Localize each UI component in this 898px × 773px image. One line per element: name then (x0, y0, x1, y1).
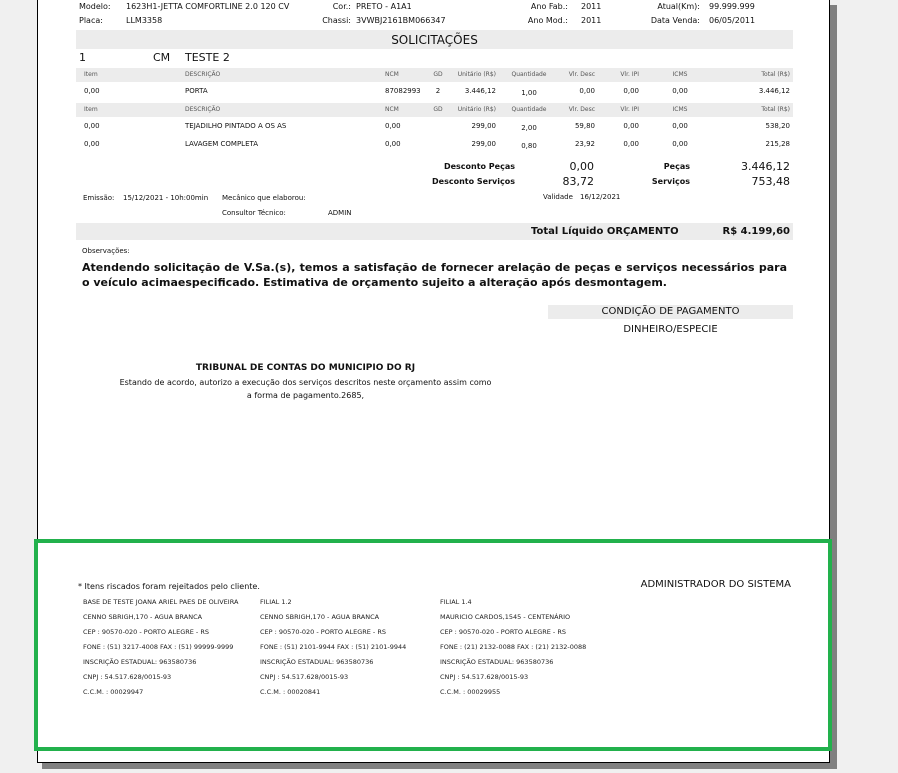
modelo-label: Modelo: (79, 2, 111, 11)
table-cell-desc-val: 59,80 (559, 122, 595, 130)
agreement-line-2: a forma de pagamento.2685, (68, 391, 543, 400)
column-header: NCM (385, 71, 425, 78)
table-cell-total: 215,28 (728, 140, 790, 148)
ano-fab-value: 2011 (581, 2, 601, 11)
table-cell-desc: TEJADILHO PINTADO A OS AS (185, 122, 365, 130)
payment-label: CONDIÇÃO DE PAGAMENTO (548, 306, 793, 317)
column-header: Item (84, 106, 124, 113)
consultor-value: ADMIN (328, 209, 352, 217)
total-label: Total Líquido ORÇAMENTO (531, 226, 679, 237)
client-name: TRIBUNAL DE CONTAS DO MUNICIPIO DO RJ (68, 363, 543, 373)
table-cell-desc: LAVAGEM COMPLETA (185, 140, 365, 148)
column-header: DESCRIÇÃO (185, 106, 365, 113)
table-cell-qty: 1,00 (504, 89, 554, 97)
table-cell-unit: 3.446,12 (452, 87, 496, 95)
validade-label: Validade (543, 193, 573, 201)
table-cell-ipi: 0,00 (603, 140, 639, 148)
table-cell-icms: 0,00 (655, 87, 705, 95)
servicos-label: Serviços (628, 177, 690, 186)
highlight-box (34, 539, 832, 751)
km-label: Atual(Km): (638, 2, 700, 11)
column-header: Vlr. Desc (559, 71, 595, 78)
km-value: 99.999.999 (709, 2, 755, 11)
column-header: NCM (385, 106, 425, 113)
agreement-line-1: Estando de acordo, autorizo a execução d… (68, 378, 543, 387)
table-cell-item: 0,00 (84, 140, 124, 148)
placa-value: LLM3358 (126, 16, 162, 25)
ano-fab-label: Ano Fab.: (501, 2, 568, 11)
validade-value: 16/12/2021 (580, 193, 620, 201)
table-cell-desc-val: 0,00 (559, 87, 595, 95)
column-header: Unitário (R$) (452, 71, 496, 78)
chassi-value: 3VWBJ2161BM066347 (356, 16, 446, 25)
desconto-servicos-label: Desconto Serviços (398, 177, 515, 186)
table-cell-total: 538,20 (728, 122, 790, 130)
emissao-label: Emissão: (83, 194, 114, 202)
cor-value: PRETO - A1A1 (356, 2, 412, 11)
table-cell-ncm: 0,00 (385, 140, 425, 148)
table-cell-desc-val: 23,92 (559, 140, 595, 148)
table-cell-ncm: 0,00 (385, 122, 425, 130)
column-header: Unitário (R$) (452, 106, 496, 113)
table-cell-item: 0,00 (84, 87, 124, 95)
table-cell-icms: 0,00 (655, 140, 705, 148)
pecas-value: 3.446,12 (708, 160, 790, 173)
column-header: ICMS (655, 106, 705, 113)
column-header: Item (84, 71, 124, 78)
request-number: 1 (79, 51, 86, 64)
observacoes-label: Observações: (82, 247, 130, 255)
column-header: Vlr. IPI (603, 106, 639, 113)
total-value: R$ 4.199,60 (698, 226, 790, 237)
table-cell-ipi: 0,00 (603, 87, 639, 95)
table-cell-ncm: 87082993 (385, 87, 425, 95)
desconto-pecas-label: Desconto Peças (398, 162, 515, 171)
data-venda-label: Data Venda: (638, 16, 700, 25)
consultor-label: Consultor Técnico: (222, 209, 286, 217)
desconto-pecas-value: 0,00 (538, 160, 594, 173)
column-header: DESCRIÇÃO (185, 71, 365, 78)
payment-value: DINHEIRO/ESPECIE (548, 324, 793, 335)
mecanico-label: Mecânico que elaborou: (222, 194, 306, 202)
column-header: Quantidade (504, 71, 554, 78)
column-header: GD (428, 106, 448, 113)
column-header: Quantidade (504, 106, 554, 113)
table-cell-desc: PORTA (185, 87, 365, 95)
table-cell-ipi: 0,00 (603, 122, 639, 130)
pecas-label: Peças (628, 162, 690, 171)
request-code: CM (153, 51, 170, 64)
ano-mod-value: 2011 (581, 16, 601, 25)
table-cell-qty: 2,00 (504, 124, 554, 132)
column-header: Total (R$) (728, 71, 790, 78)
chassi-label: Chassi: (291, 16, 351, 25)
cor-label: Cor.: (291, 2, 351, 11)
emissao-value: 15/12/2021 - 10h:00min (123, 194, 208, 202)
table-cell-gd: 2 (428, 87, 448, 95)
total-band (76, 223, 793, 240)
table-cell-unit: 299,00 (452, 122, 496, 130)
observacoes-text: Atendendo solicitação de V.Sa.(s), temos… (82, 260, 787, 290)
servicos-value: 753,48 (708, 175, 790, 188)
column-header: Vlr. Desc (559, 106, 595, 113)
section-title: SOLICITAÇÕES (76, 33, 793, 47)
table-cell-item: 0,00 (84, 122, 124, 130)
ano-mod-label: Ano Mod.: (501, 16, 568, 25)
desconto-servicos-value: 83,72 (538, 175, 594, 188)
table-cell-unit: 299,00 (452, 140, 496, 148)
request-name: TESTE 2 (185, 51, 230, 64)
table-cell-total: 3.446,12 (728, 87, 790, 95)
placa-label: Placa: (79, 16, 103, 25)
table-cell-icms: 0,00 (655, 122, 705, 130)
column-header: Total (R$) (728, 106, 790, 113)
column-header: ICMS (655, 71, 705, 78)
column-header: GD (428, 71, 448, 78)
modelo-value: 1623H1-JETTA COMFORTLINE 2.0 120 CV (126, 2, 289, 11)
column-header: Vlr. IPI (603, 71, 639, 78)
data-venda-value: 06/05/2011 (709, 16, 755, 25)
table-cell-qty: 0,80 (504, 142, 554, 150)
